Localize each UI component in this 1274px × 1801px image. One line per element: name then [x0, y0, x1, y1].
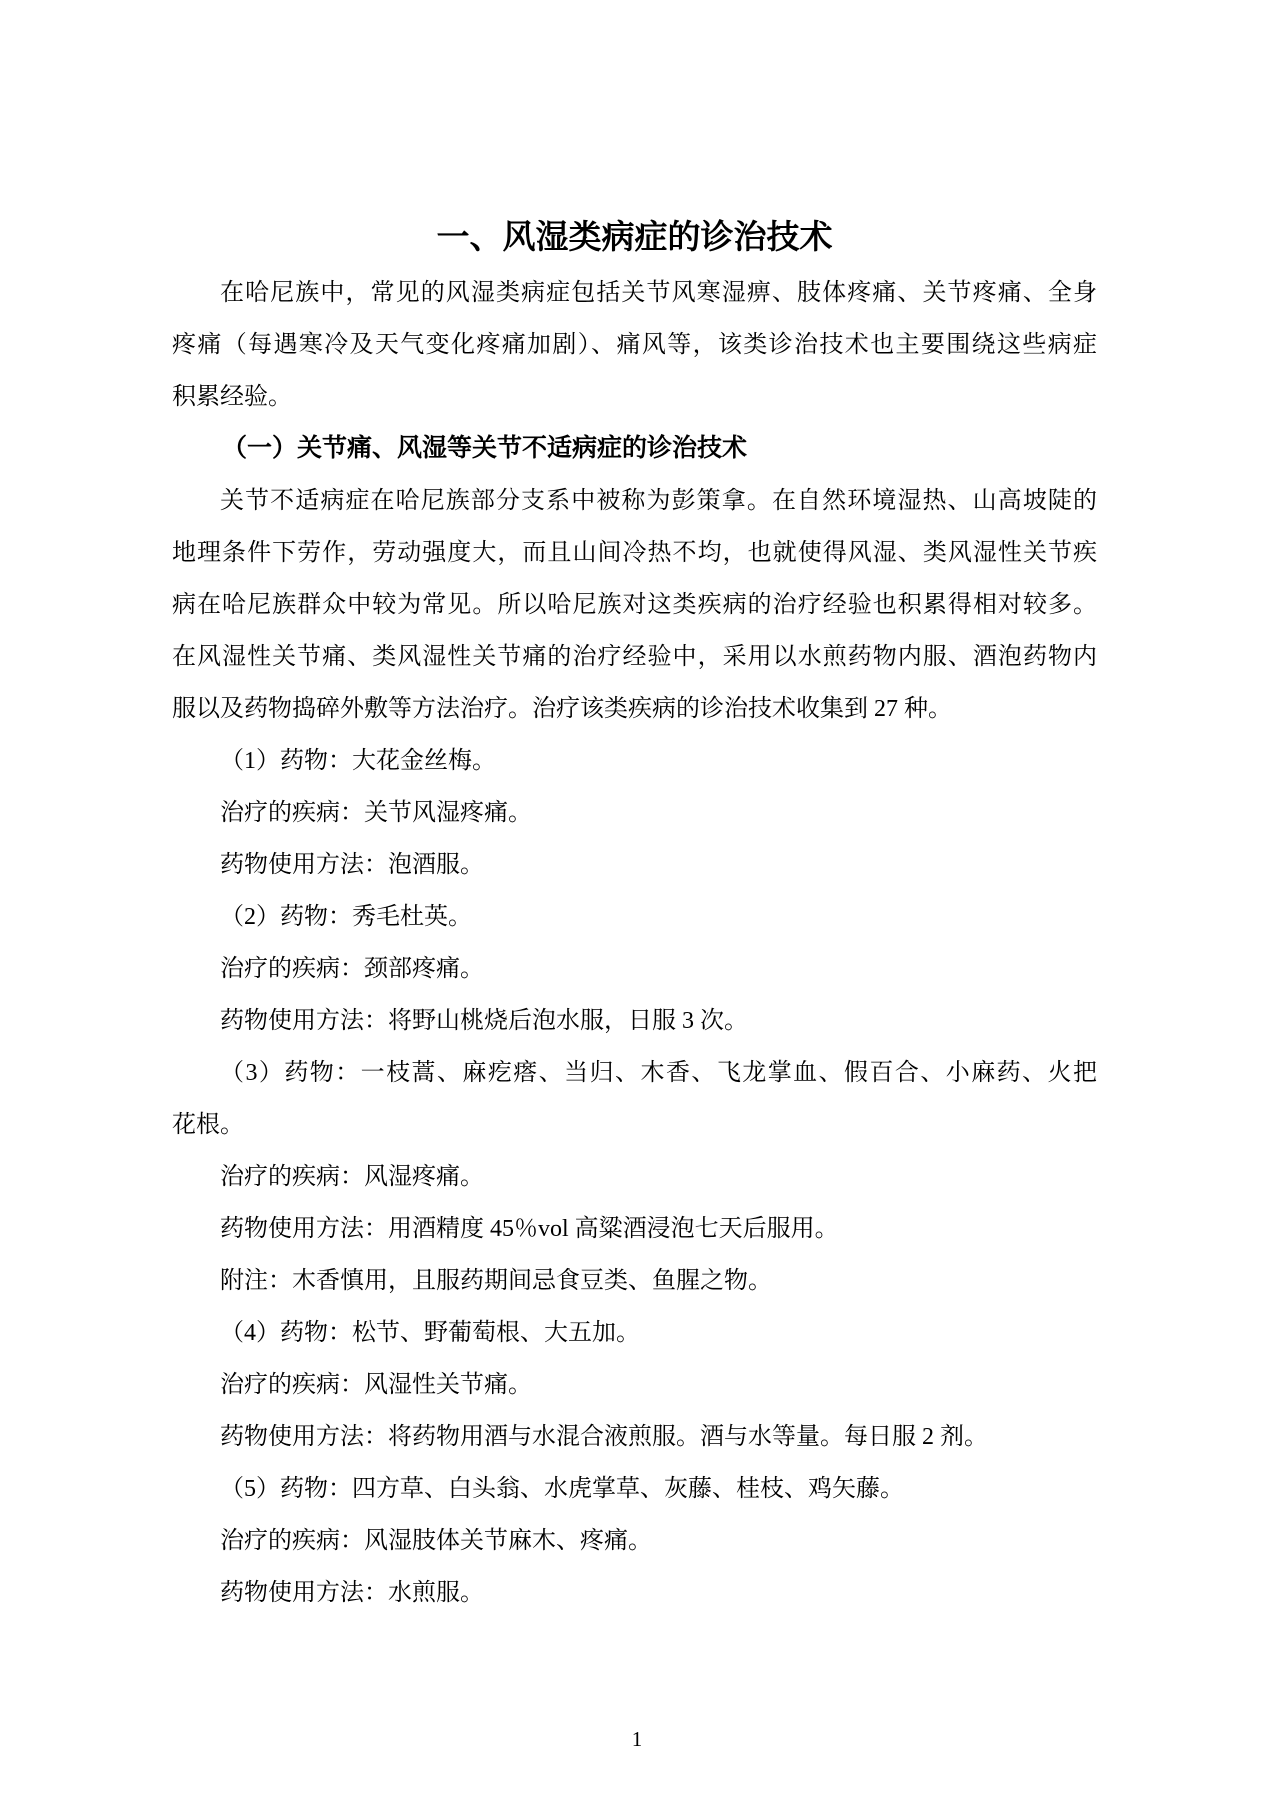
remedy-line: 药物使用方法：用酒精度 45％vol 高粱酒浸泡七天后服用。 [172, 1203, 1097, 1255]
document-title: 一、风湿类病症的诊治技术 [172, 210, 1097, 267]
intro-line: 疼痛（每遇寒冷及天气变化疼痛加剧）、痛风等，该类诊治技术也主要围绕这些病症 [172, 319, 1097, 371]
document-page: 一、风湿类病症的诊治技术 在哈尼族中，常见的风湿类病症包括关节风寒湿痹、肢体疼痛… [0, 0, 1274, 1801]
remedy-line: 附注：木香慎用，且服药期间忌食豆类、鱼腥之物。 [172, 1255, 1097, 1307]
remedy-line: （4）药物：松节、野葡萄根、大五加。 [172, 1307, 1097, 1359]
remedy-line: 药物使用方法：将野山桃烧后泡水服，日服 3 次。 [172, 995, 1097, 1047]
overview-line: 地理条件下劳作，劳动强度大，而且山间冷热不均，也就使得风湿、类风湿性关节疾 [172, 527, 1097, 579]
intro-line: 积累经验。 [172, 371, 1097, 423]
remedy-line: 花根。 [172, 1099, 1097, 1151]
remedy-line: （5）药物：四方草、白头翁、水虎掌草、灰藤、桂枝、鸡矢藤。 [172, 1463, 1097, 1515]
section-heading: （一）关节痛、风湿等关节不适病症的诊治技术 [172, 423, 1097, 475]
overview-line: 关节不适病症在哈尼族部分支系中被称为彭策拿。在自然环境湿热、山高坡陡的 [172, 475, 1097, 527]
remedy-line: 治疗的疾病：关节风湿疼痛。 [172, 787, 1097, 839]
remedy-line: （2）药物：秀毛杜英。 [172, 891, 1097, 943]
remedy-line: 治疗的疾病：风湿疼痛。 [172, 1151, 1097, 1203]
page-content: 一、风湿类病症的诊治技术 在哈尼族中，常见的风湿类病症包括关节风寒湿痹、肢体疼痛… [172, 210, 1097, 1619]
overview-line: 在风湿性关节痛、类风湿性关节痛的治疗经验中，采用以水煎药物内服、酒泡药物内 [172, 631, 1097, 683]
remedy-line: （1）药物：大花金丝梅。 [172, 735, 1097, 787]
overview-line: 病在哈尼族群众中较为常见。所以哈尼族对这类疾病的治疗经验也积累得相对较多。 [172, 579, 1097, 631]
remedy-line: （3）药物：一枝蒿、麻疙瘩、当归、木香、飞龙掌血、假百合、小麻药、火把 [172, 1047, 1097, 1099]
intro-line: 在哈尼族中，常见的风湿类病症包括关节风寒湿痹、肢体疼痛、关节疼痛、全身 [172, 267, 1097, 319]
remedy-line: 治疗的疾病：风湿性关节痛。 [172, 1359, 1097, 1411]
remedy-line: 药物使用方法：将药物用酒与水混合液煎服。酒与水等量。每日服 2 剂。 [172, 1411, 1097, 1463]
overview-line: 服以及药物捣碎外敷等方法治疗。治疗该类疾病的诊治技术收集到 27 种。 [172, 683, 1097, 735]
remedy-line: 药物使用方法：泡酒服。 [172, 839, 1097, 891]
remedy-line: 药物使用方法：水煎服。 [172, 1567, 1097, 1619]
page-number: 1 [0, 1724, 1274, 1754]
remedy-line: 治疗的疾病：风湿肢体关节麻木、疼痛。 [172, 1515, 1097, 1567]
remedy-line: 治疗的疾病：颈部疼痛。 [172, 943, 1097, 995]
